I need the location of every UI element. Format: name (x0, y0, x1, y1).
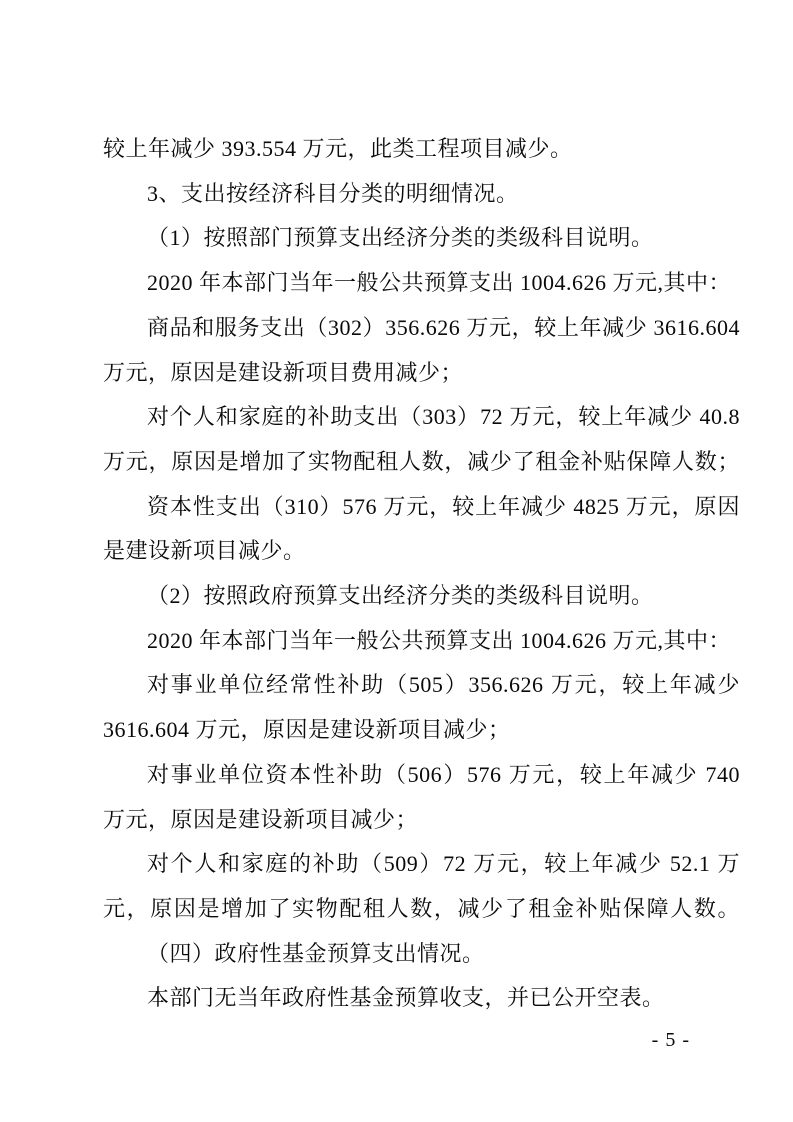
text-line: 3、支出按经济科目分类的明细情况。 (103, 172, 740, 217)
text-line: 资本性支出（310）576 万元，较上年减少 4825 万元，原因 (103, 485, 740, 530)
text-line: 对个人和家庭的补助（509）72 万元，较上年减少 52.1 万 (103, 842, 740, 887)
text-line: （2）按照政府预算支出经济分类的类级科目说明。 (103, 574, 740, 619)
text-line: 对事业单位经常性补助（505）356.626 万元，较上年减少 (103, 663, 740, 708)
text-line: 2020 年本部门当年一般公共预算支出 1004.626 万元,其中： (103, 261, 740, 306)
document-body: 较上年减少 393.554 万元，此类工程项目减少。 3、支出按经济科目分类的明… (103, 127, 740, 1021)
text-line: （四）政府性基金预算支出情况。 (103, 932, 740, 977)
text-line: 较上年减少 393.554 万元，此类工程项目减少。 (103, 127, 740, 172)
text-line: 2020 年本部门当年一般公共预算支出 1004.626 万元,其中： (103, 619, 740, 664)
text-line: 商品和服务支出（302）356.626 万元，较上年减少 3616.604 (103, 306, 740, 351)
text-line: 对个人和家庭的补助支出（303）72 万元，较上年减少 40.8 (103, 395, 740, 440)
document-page: 较上年减少 393.554 万元，此类工程项目减少。 3、支出按经济科目分类的明… (0, 0, 793, 1122)
text-line: （1）按照部门预算支出经济分类的类级科目说明。 (103, 216, 740, 261)
text-line: 万元，原因是建设新项目费用减少； (103, 351, 740, 396)
page-number: - 5 - (652, 1029, 690, 1052)
text-line: 3616.604 万元，原因是建设新项目减少； (103, 708, 740, 753)
text-line: 本部门无当年政府性基金预算收支，并已公开空表。 (103, 976, 740, 1021)
text-line: 对事业单位资本性补助（506）576 万元，较上年减少 740 (103, 753, 740, 798)
text-line: 是建设新项目减少。 (103, 529, 740, 574)
text-line: 元，原因是增加了实物配租人数，减少了租金补贴保障人数。 (103, 887, 740, 932)
text-line: 万元，原因是增加了实物配租人数，减少了租金补贴保障人数； (103, 440, 740, 485)
text-line: 万元，原因是建设新项目减少； (103, 798, 740, 843)
